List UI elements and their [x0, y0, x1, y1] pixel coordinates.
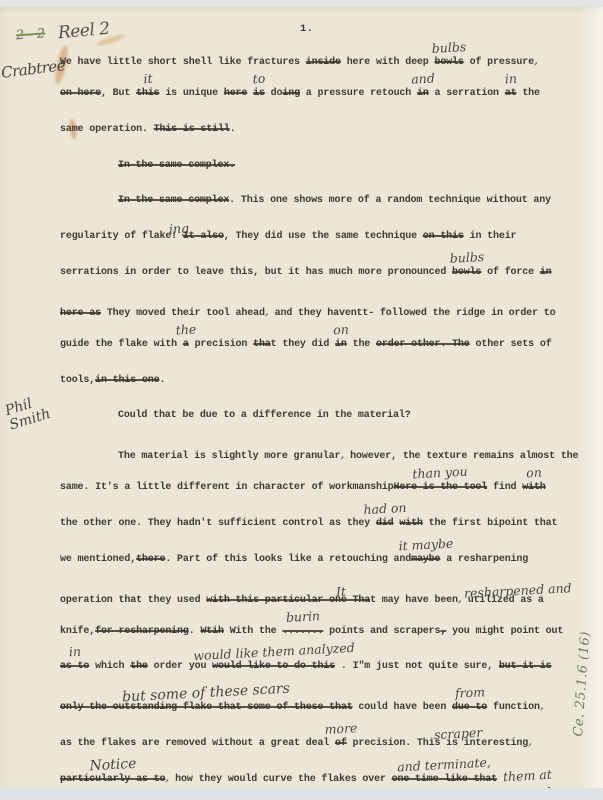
struck-text-wrap: here — [224, 88, 247, 99]
struck-text: bowls — [452, 267, 481, 278]
typed-text: t they did — [271, 339, 335, 350]
struck-text-wrap: withon — [522, 482, 545, 493]
typed-text: a pressure retouch — [300, 88, 417, 99]
typed-text: t may have been — [370, 595, 458, 606]
struck-text-wrap: one time like thatand terminate, — [392, 774, 497, 785]
typed-text: tools, — [60, 375, 95, 386]
typed-line: guide the flake with athe precision that… — [60, 339, 580, 375]
typed-text: operation that they used — [60, 595, 206, 606]
struck-text: bowls — [434, 57, 463, 68]
handwritten-insert: bulbs — [432, 40, 467, 56]
typed-line: regularity of flake! ingIt also, They di… — [60, 231, 580, 267]
typed-text: the other one. They hadn't sufficient co… — [60, 518, 376, 529]
reel-number-mark: 2 - 2 — [16, 26, 56, 44]
struck-text: In the same complex. — [118, 160, 235, 171]
struck-text-wrap: maybeit maybe — [411, 554, 440, 565]
typed-text: With the — [224, 626, 283, 637]
struck-text-wrap: .......burin — [282, 626, 323, 637]
typed-line: The material is slightly more granular, … — [60, 446, 580, 482]
struck-text-wrap: due tofrom — [452, 702, 487, 713]
typed-text: how they would curve the flakes over — [169, 774, 391, 785]
struck-text-wrap: Wtih — [200, 626, 223, 637]
handwritten-insert: more — [324, 721, 357, 737]
struck-text: a — [183, 339, 189, 350]
typed-line: the other one. They hadn't sufficient co… — [60, 518, 580, 554]
handwritten-insert: scraper — [434, 726, 483, 742]
typed-text: and they haventt- followed the ridge in … — [269, 308, 556, 319]
typed-text: which — [89, 661, 130, 672]
struck-text-wrap: atin — [505, 88, 517, 99]
handwritten-insert: it — [143, 72, 153, 86]
struck-text: in — [335, 339, 347, 350]
typed-text: in their — [464, 231, 517, 242]
struck-text-wrap: in — [540, 267, 552, 278]
struck-text-wrap: only the outstanding flake that some of … — [60, 702, 353, 713]
struck-text-wrap: inand — [417, 88, 429, 99]
struck-text: with — [522, 482, 545, 493]
struck-text: ....... — [282, 626, 323, 637]
struck-text-wrap: with — [399, 518, 422, 529]
typed-line: tools, in this one. — [60, 375, 580, 411]
struck-text-wrap: here as — [60, 308, 101, 319]
typed-text: other sets of — [470, 339, 552, 350]
typed-line: on here, But thisit is unique here isto … — [60, 88, 580, 124]
typed-text: same. It's a little different in charact… — [60, 482, 394, 493]
struck-text: , — [440, 626, 446, 637]
typed-text: points and scrapers — [323, 626, 440, 637]
typed-text: a serration — [429, 88, 505, 99]
typed-text: we mentioned, — [60, 554, 136, 565]
struck-text: Here is the tool — [394, 482, 488, 493]
struck-text-wrap: bowlsbulbs — [452, 267, 481, 278]
struck-text-wrap: order other. The — [376, 339, 470, 350]
handwritten-insert: from — [454, 685, 485, 701]
typed-text: serrations in order to leave this, but i… — [60, 267, 452, 278]
typed-text: , They did use the same technique — [224, 231, 423, 242]
margin-speaker-phil-smith: Phil Smith — [4, 393, 53, 434]
struck-text: is — [253, 88, 265, 99]
struck-text-wrap: on this — [423, 231, 464, 242]
typed-text: of force — [481, 267, 540, 278]
typed-text: order you — [148, 661, 212, 672]
struck-text-wrap: In the same complex — [118, 195, 229, 206]
typed-line: Could that be due to a difference in the… — [60, 410, 580, 446]
scanned-transcript-page: { "page": { "number_label": "1." }, "mar… — [0, 0, 603, 800]
typed-text: . I"m just not quite sure, — [335, 661, 499, 672]
struck-text-wrap: for resharpening — [95, 626, 189, 637]
struck-text: In the same complex — [118, 195, 229, 206]
struck-text-wrap: in this one — [95, 375, 159, 386]
struck-text: order other. The — [376, 339, 470, 350]
handwritten-mark: , — [528, 733, 532, 748]
page-number: 1. — [300, 23, 314, 35]
struck-text: maybe — [411, 554, 440, 565]
struck-text-wrap: bowlsbulbs — [434, 57, 463, 68]
typed-line: We have little short shell like fracture… — [60, 52, 580, 88]
handwritten-insert: on — [526, 466, 542, 481]
typed-text: precision. This — [347, 738, 441, 749]
struck-text-wrap: , — [440, 626, 446, 637]
struck-text-wrap: It also — [183, 231, 224, 242]
typed-text: the — [516, 88, 539, 99]
handwritten-insert: in — [504, 72, 517, 87]
typed-text: precision — [189, 339, 253, 350]
struck-text: but it is — [499, 661, 552, 672]
handwritten-insert: Notice — [89, 757, 137, 773]
typed-text: The material is slightly more granular — [118, 451, 340, 462]
typed-text: . This one shows more of a random techni… — [229, 195, 551, 206]
struck-text: with — [399, 518, 422, 529]
struck-text-wrap: would like to do thiswould like them ana… — [212, 661, 335, 672]
scan-background-strip — [0, 788, 603, 800]
struck-text: one time like that — [392, 774, 497, 785]
struck-text-wrap: ofmore — [335, 738, 347, 749]
typed-text: guide the flake with — [60, 339, 183, 350]
struck-text-wrap: there — [136, 554, 165, 565]
handwritten-insert: to — [252, 72, 265, 87]
struck-text: on this — [423, 231, 464, 242]
struck-text: Wtih — [200, 626, 223, 637]
handwritten-insert: on — [333, 322, 349, 337]
struck-text-wrap: inon — [335, 339, 347, 350]
typed-lines: We have little short shell like fracture… — [60, 52, 580, 800]
handwritten-insert: It — [336, 584, 347, 598]
struck-text-wrap: as toin — [60, 661, 89, 672]
struck-text: particularly as to — [60, 774, 165, 785]
handwritten-mark: , — [534, 52, 538, 67]
typed-text: same operation. — [60, 124, 154, 135]
struck-text: on here — [60, 88, 101, 99]
typed-line: In the same complex. — [60, 160, 580, 196]
typed-line: serrations in order to leave this, but i… — [60, 267, 580, 303]
handwritten-insert: and terminate, — [397, 755, 491, 774]
struck-text-wrap: didhad on — [376, 518, 394, 529]
struck-text-wrap: This is still — [154, 124, 230, 135]
struck-text: It also — [183, 231, 224, 242]
struck-text: here as — [60, 308, 101, 319]
typed-text: . — [230, 124, 236, 135]
handwritten-insert: and — [411, 71, 435, 86]
struck-text: at — [505, 88, 517, 99]
struck-text-wrap: but it is — [499, 661, 552, 672]
struck-text: in — [540, 267, 552, 278]
struck-text: inside — [306, 57, 341, 68]
struck-text-wrap: inside — [306, 57, 341, 68]
struck-text: for resharpening — [95, 626, 189, 637]
handwritten-insert: them at — [503, 768, 552, 784]
typed-text: however, the texture remains almost the — [344, 451, 578, 462]
handwritten-insert: had on — [363, 501, 407, 517]
typed-text: , But — [101, 88, 136, 99]
struck-text: in this one — [95, 375, 159, 386]
struck-text-wrap: Here is the toolthan you — [394, 482, 488, 493]
paper-sheet: 2 - 2 Reel 2 1. Crabtree Phil Smith Ce. … — [0, 7, 603, 788]
typed-text: find — [487, 482, 522, 493]
struck-text-wrap: thisit — [136, 88, 159, 99]
typed-line: same. It's a little different in charact… — [60, 482, 580, 518]
handwritten-insert: burin — [285, 609, 320, 625]
typed-text: function — [487, 702, 540, 713]
typed-text: . Part of this looks like a retouching a… — [165, 554, 411, 565]
typed-text: here with deep — [341, 57, 435, 68]
typed-text: They moved their tool ahead — [101, 308, 265, 319]
typed-text: . — [159, 375, 165, 386]
typed-text: could have been — [353, 702, 452, 713]
reel-mark-struck: 2 - 2 — [16, 26, 46, 43]
typed-text: you might point out — [446, 626, 563, 637]
struck-text: of — [335, 738, 347, 749]
typed-text: . — [189, 626, 201, 637]
handwritten-insert: it maybe — [398, 536, 453, 553]
struck-text: this — [136, 88, 159, 99]
typed-text: the first bipoint that — [423, 518, 558, 529]
struck-text: due to — [452, 702, 487, 713]
struck-text-wrap: ing — [282, 88, 300, 99]
typed-text: do — [265, 88, 283, 99]
struck-text: the — [130, 661, 148, 672]
typed-text: of pressure — [464, 57, 534, 68]
struck-text-wrap: tha — [253, 339, 271, 350]
struck-text-wrap: athe — [183, 339, 189, 350]
struck-text: tha — [253, 339, 271, 350]
typed-text: We have little short shell like fracture… — [60, 57, 306, 68]
struck-text-wrap: the — [130, 661, 148, 672]
typed-line: same operation. This is still. — [60, 124, 580, 160]
typed-text: Could that be due to a difference in the… — [118, 410, 411, 421]
handwritten-insert: bulbs — [449, 250, 484, 266]
handwritten-insert: the — [175, 322, 196, 337]
struck-text: there — [136, 554, 165, 565]
struck-text: would like to do this — [212, 661, 335, 672]
typed-text: a resharpening — [440, 554, 528, 565]
struck-text-wrap: on here — [60, 88, 101, 99]
struck-text: as to — [60, 661, 89, 672]
struck-text: This is still — [154, 124, 230, 135]
struck-text: in — [417, 88, 429, 99]
struck-text-wrap: In the same complex. — [118, 160, 235, 171]
typed-line: as the flakes are removed without a grea… — [60, 733, 580, 769]
typed-text: the — [347, 339, 376, 350]
typed-line: here as They moved their tool ahead, and… — [60, 303, 580, 339]
handwritten-mark: , — [540, 697, 544, 712]
struck-text-wrap: isto — [253, 88, 265, 99]
struck-text: did — [376, 518, 394, 529]
struck-text: here — [224, 88, 247, 99]
struck-text: ing — [282, 88, 300, 99]
typed-line: In the same complex. This one shows more… — [60, 195, 580, 231]
handwritten-insert: in — [68, 645, 81, 660]
typed-text: is unique — [159, 88, 223, 99]
typed-line: only the outstanding flake that some of … — [60, 697, 580, 733]
typed-text: regularity of flake! — [60, 231, 183, 242]
struck-text-wrap: particularly as toNotice — [60, 774, 165, 785]
typed-text: as the flakes are removed without a grea… — [60, 738, 335, 749]
typed-text: knife, — [60, 626, 95, 637]
struck-text: only the outstanding flake that some of … — [60, 702, 353, 713]
